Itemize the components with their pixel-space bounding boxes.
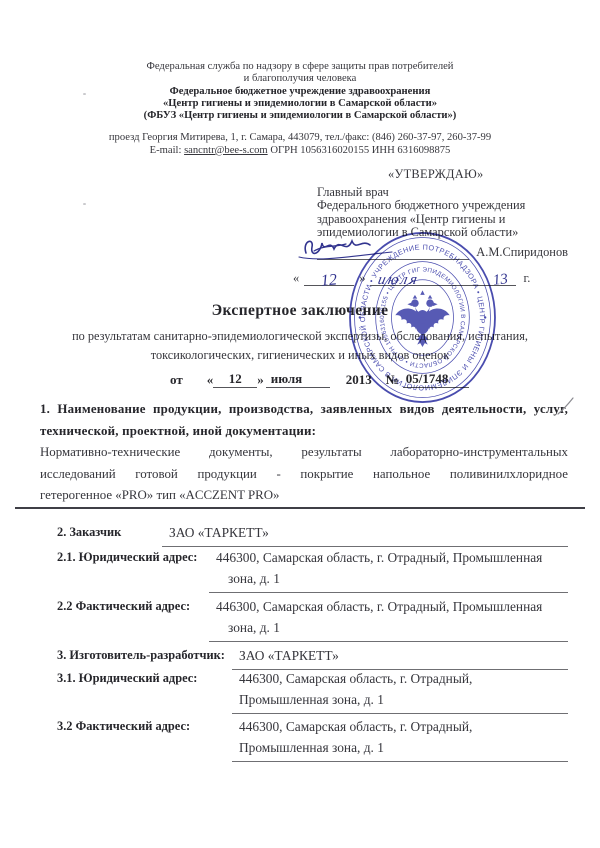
section-1-body-line: гетерогенное «PRO» тип «ACCZENT PRO» xyxy=(40,485,568,507)
field-row-customer-actual-address: 2.2 Фактический адрес: 446300, Самарская… xyxy=(57,596,568,642)
approval-line: здравоохранения «Центр гигиены и xyxy=(317,213,568,227)
pen-mark-artifact xyxy=(556,397,576,417)
letterhead-address: проезд Георгия Митирева, 1, г. Самара, 4… xyxy=(0,132,600,144)
document-day: 12 xyxy=(213,371,257,388)
field-value: 446300, Самарская область, г. Отрадный, … xyxy=(209,547,568,593)
handwritten-day: 12 xyxy=(321,274,338,286)
field-row-customer: 2. Заказчик ЗАО «ТАРКЕТТ» xyxy=(57,522,568,547)
field-value: 446300, Самарская область, г. Отрадный, … xyxy=(232,716,568,762)
letterhead-org-line-2: «Центр гигиены и эпидемиологии в Самарск… xyxy=(0,98,600,110)
approval-line: Главный врач xyxy=(317,186,568,200)
double-headed-eagle-emblem xyxy=(395,290,449,347)
section-1-product-description: 1. Наименование продукции, производства,… xyxy=(40,399,568,507)
document-title: Экспертное заключение xyxy=(0,302,600,320)
section-1-body-line: исследований готовой продукции - покрыти… xyxy=(40,464,568,486)
field-label: 2. Заказчик xyxy=(57,522,162,543)
document-month: июля xyxy=(266,371,330,388)
open-quote: « xyxy=(293,272,299,286)
field-value: ЗАО «ТАРКЕТТ» xyxy=(162,522,568,547)
section-1-body-line: Нормативно-технические документы, резуль… xyxy=(40,442,568,464)
email-address: sancntr@bee-s.com xyxy=(184,145,268,156)
letterhead-service-line-1: Федеральная служба по надзору в сфере за… xyxy=(0,61,600,73)
field-value: 446300, Самарская область, г. Отрадный, … xyxy=(209,596,568,642)
year-suffix: г. xyxy=(524,272,531,286)
field-value: ЗАО «ТАРКЕТТ» xyxy=(232,645,568,670)
approval-line: Федерального бюджетного учреждения xyxy=(317,199,568,213)
letterhead-org-line-1: Федеральное бюджетное учреждение здравоо… xyxy=(0,86,600,98)
letterhead: Федеральная служба по надзору в сфере за… xyxy=(0,61,600,157)
official-round-stamp: ПОТРЕБНАДЗОРА • ЦЕНТР ГИГИЕНЫ И ЭПИДЕМИО… xyxy=(347,229,498,406)
date-prefix: от xyxy=(170,372,183,388)
field-value: 446300, Самарская область, г. Отрадный, … xyxy=(232,668,568,714)
field-label: 2.1. Юридический адрес: xyxy=(57,547,209,568)
scanned-document-page: Федеральная служба по надзору в сфере за… xyxy=(0,0,600,848)
close-quote: » xyxy=(257,372,264,388)
field-label: 3.2 Фактический адрес: xyxy=(57,716,232,737)
section-1-heading-line: технической, проектной, иной документаци… xyxy=(40,421,568,443)
scan-speck xyxy=(83,203,86,205)
registration-numbers: ОГРН 1056316020155 ИНН 6316098875 xyxy=(270,145,450,156)
field-row-manufacturer-actual-address: 3.2 Фактический адрес: 446300, Самарская… xyxy=(57,716,568,762)
field-label: 3. Изготовитель-разработчик: xyxy=(57,645,232,666)
approval-title: «УТВЕРЖДАЮ» xyxy=(388,168,568,182)
field-row-manufacturer-legal-address: 3.1. Юридический адрес: 446300, Самарска… xyxy=(57,668,568,714)
field-row-customer-legal-address: 2.1. Юридический адрес: 446300, Самарска… xyxy=(57,547,568,593)
letterhead-contacts: E-mail: sancntr@bee-s.com ОГРН 105631602… xyxy=(0,145,600,157)
field-label: 3.1. Юридический адрес: xyxy=(57,668,232,689)
field-row-manufacturer: 3. Изготовитель-разработчик: ЗАО «ТАРКЕТ… xyxy=(57,645,568,670)
section-divider-rule xyxy=(15,507,585,509)
letterhead-org-line-3: (ФБУЗ «Центр гигиены и эпидемиологии в С… xyxy=(0,110,600,122)
email-label: E-mail: xyxy=(150,145,182,156)
letterhead-service-line-2: и благополучия человека xyxy=(0,73,600,85)
field-label: 2.2 Фактический адрес: xyxy=(57,596,209,617)
